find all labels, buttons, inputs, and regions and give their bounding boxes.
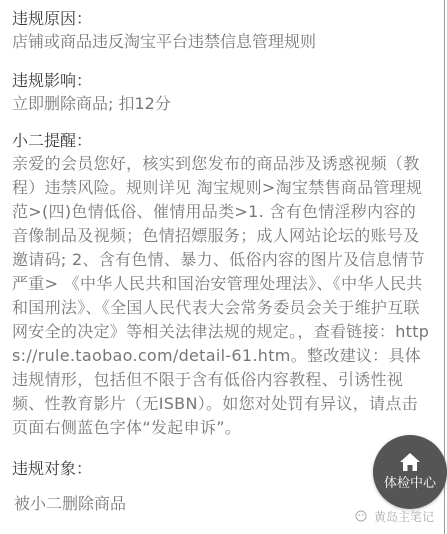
staff-reminder-title: 小二提醒：	[12, 130, 432, 152]
section-violation-impact: 违规影响： 立即删除商品; 扣12分	[12, 70, 171, 116]
staff-reminder-body: 亲爱的会员您好，核实到您发布的商品涉及诱惑视频（教程）违禁风险。规则详见 淘宝规…	[12, 152, 432, 440]
watermark-text: 黄岛主笔记	[374, 508, 434, 525]
health-check-center-button[interactable]: 体检中心	[373, 435, 447, 509]
right-border-divider	[444, 0, 445, 534]
section-violation-reason: 违规原因： 店铺或商品违反淘宝平台违禁信息管理规则	[12, 8, 316, 54]
violation-impact-body: 立即删除商品; 扣12分	[12, 92, 171, 116]
violation-impact-title: 违规影响：	[12, 70, 171, 92]
violation-target-body: 被小二删除商品	[14, 492, 126, 516]
wechat-icon	[355, 510, 369, 524]
violation-reason-title: 违规原因：	[12, 8, 316, 30]
home-icon	[399, 452, 421, 472]
violation-target-title: 违规对象：	[12, 458, 126, 480]
section-staff-reminder: 小二提醒： 亲爱的会员您好，核实到您发布的商品涉及诱惑视频（教程）违禁风险。规则…	[12, 130, 432, 440]
section-violation-target: 违规对象： 被小二删除商品	[12, 458, 126, 516]
watermark: 黄岛主笔记	[355, 508, 434, 525]
health-check-center-label: 体检中心	[384, 476, 436, 492]
violation-reason-body: 店铺或商品违反淘宝平台违禁信息管理规则	[12, 30, 316, 54]
